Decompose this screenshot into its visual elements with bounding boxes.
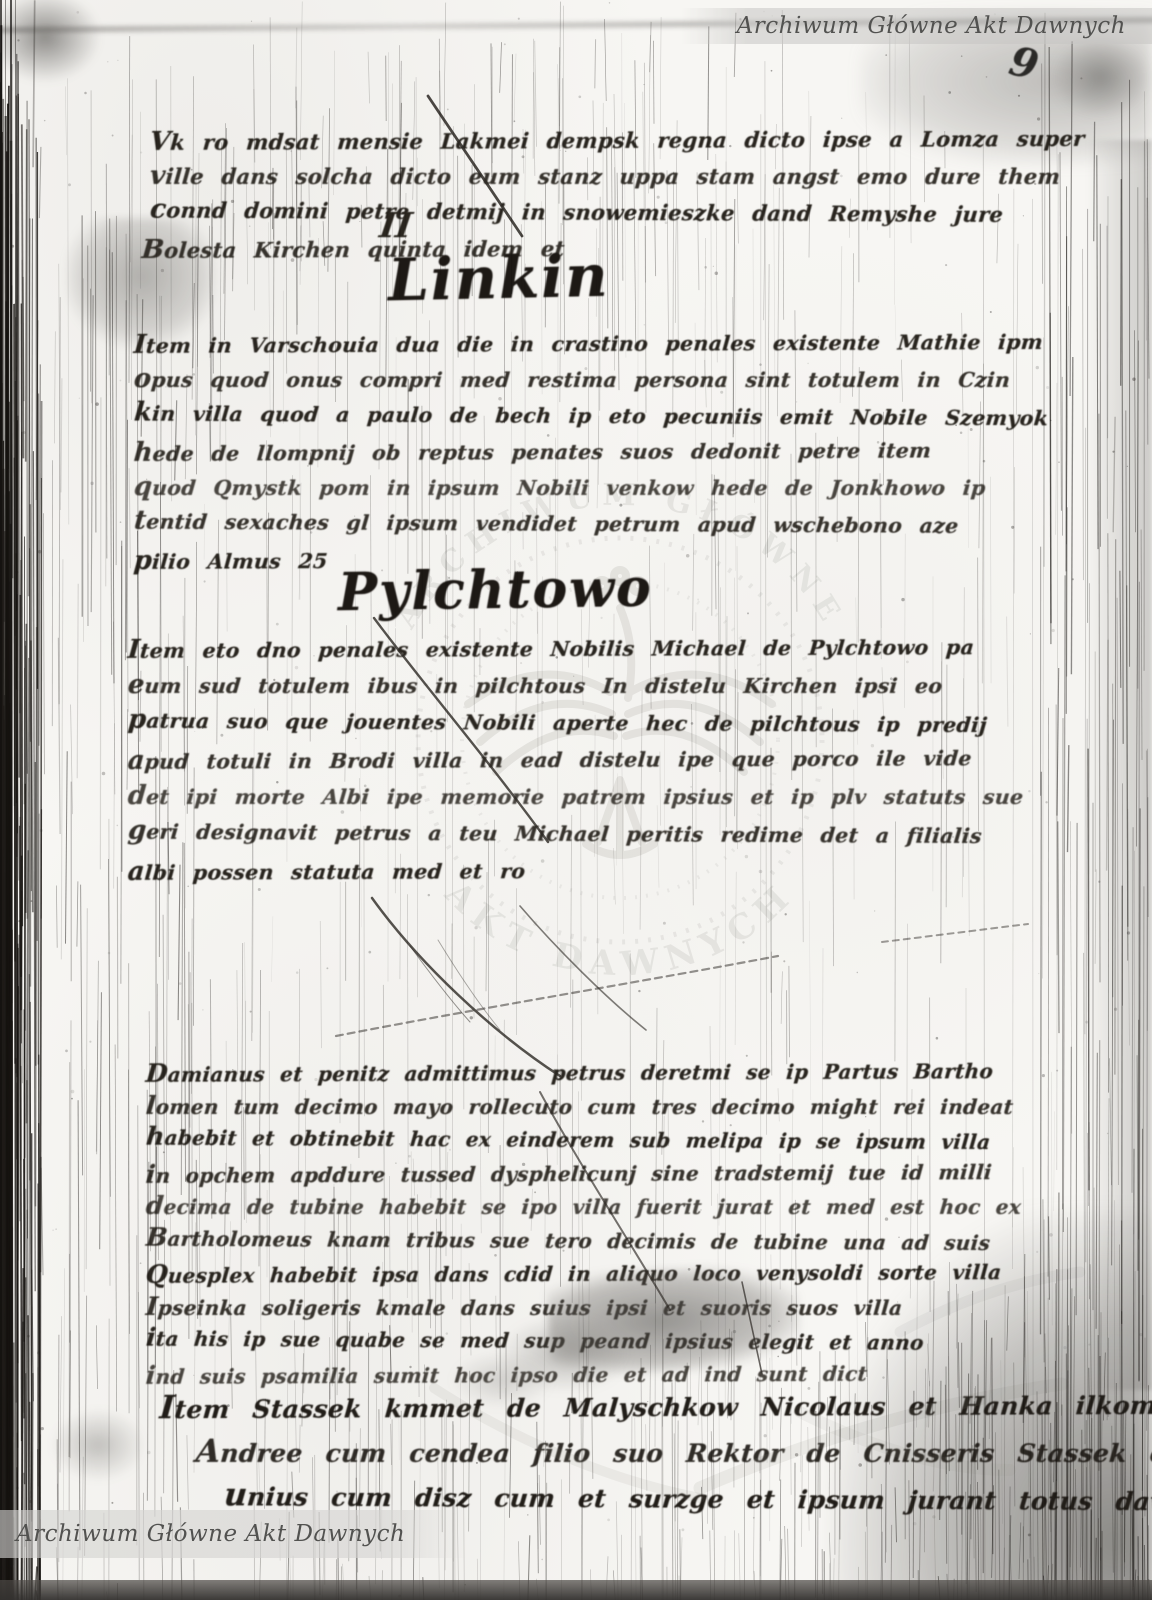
- manuscript-line: in opchem apddure tussed dysphelicunj si…: [144, 1155, 1022, 1192]
- manuscript-line: lomen tum decimo mayo rollecuto cum tres…: [145, 1090, 1023, 1124]
- scan-edge-left: [0, 0, 18, 1600]
- manuscript-paragraph-stassek: Item Stassek kmmet de Malyschkow Nicolau…: [160, 1384, 1152, 1522]
- section-heading-pylchtowo: Pylchtowo: [338, 558, 654, 623]
- archive-watermark-label-top: Archiwum Główne Akt Dawnych: [737, 13, 1152, 39]
- manuscript-line: tentid sexaches gl ipsum vendidet petrum…: [133, 504, 1050, 545]
- manuscript-line: ville dans solcha dicto eum stanz uppa s…: [148, 158, 1086, 194]
- manuscript-line: Vk ro mdsat mensie Lakmei dempsk regna d…: [148, 120, 1086, 160]
- manuscript-line: Bartholomeus knam tribus sue tero decimi…: [145, 1221, 1023, 1259]
- section-heading-linkin: Linkin: [387, 242, 610, 315]
- manuscript-line: unius cum disz cum et surzge et ipsum ju…: [222, 1473, 1152, 1524]
- stain-right-edge: [1086, 140, 1152, 1390]
- manuscript-line: Item in Varschouia dua die in crastino p…: [132, 324, 1050, 364]
- watermark-band-top: Archiwum Główne Akt Dawnych: [682, 8, 1152, 44]
- paper-top-edge-line: [0, 17, 1152, 33]
- manuscript-line: Andree cum cendea filio suo Rektor de Cn…: [194, 1430, 1152, 1476]
- manuscript-line: geri designavit petrus a teu Michael per…: [126, 813, 1025, 855]
- stain-top-right-dark: [1050, 34, 1152, 120]
- ink-smudge-tail: [452, 1352, 552, 1408]
- manuscript-line: habebit et obtinebit hac ex einderem sub…: [145, 1121, 1023, 1159]
- manuscript-line: albi possen statuta med et ro: [126, 850, 1025, 891]
- manuscript-line: Item Stassek kmmet de Malyschkow Nicolau…: [158, 1382, 1152, 1433]
- manuscript-line: Item eto dno penales existente Nobilis M…: [126, 628, 1025, 669]
- archive-watermark-label-bottom: Archiwum Główne Akt Dawnych: [0, 1521, 405, 1547]
- manuscript-page-scan: ARCHIWUM GŁÓWNE AKT DAWNYCH Vk ro mdsat …: [0, 0, 1152, 1600]
- manuscript-paragraph-linkin: Item in Varschouia dua die in crastino p…: [134, 326, 1049, 578]
- manuscript-line: decima de tubine habebit se ipo villa fu…: [145, 1190, 1023, 1224]
- manuscript-paragraph-pylchtowo: Item eto dno penales existente Nobilis M…: [128, 630, 1024, 889]
- manuscript-line: opus quod onus compri med restima person…: [132, 362, 1050, 398]
- manuscript-line: det ipi morte Albi ipe memorie patrem ip…: [126, 778, 1025, 815]
- manuscript-paragraph-1: Vk ro mdsat mensie Lakmei dempsk regna d…: [150, 122, 1084, 266]
- manuscript-line: eum sud totulem ibus in pilchtous In dis…: [126, 667, 1025, 704]
- stain-bottom-left: [50, 1408, 146, 1482]
- manuscript-line: patrua suo que jouentes Nobili aperte he…: [126, 702, 1025, 744]
- manuscript-line: Bolesta Kirchen quinta idem et: [140, 228, 1086, 268]
- page-number-mark: 9: [1005, 37, 1043, 89]
- manuscript-line: connd domini petre detmij in snowemieszk…: [149, 192, 1086, 233]
- insertion-mark: II: [377, 206, 414, 246]
- scan-edge-bottom: [0, 1580, 1152, 1600]
- seal-arc-bottom-text: AKT DAWNYCH: [436, 873, 803, 985]
- manuscript-line: hede de llompnij ob reptus penates suos …: [132, 432, 1050, 472]
- manuscript-line: kin villa quod a paulo de bech ip eto pe…: [133, 396, 1050, 437]
- manuscript-line: quod Qmystk pom in ipsum Nobili venkow h…: [132, 470, 1050, 506]
- manuscript-line: apud totuli in Brodi villa in ead distel…: [126, 739, 1025, 780]
- manuscript-line: Damianus et penitz admittimus petrus der…: [144, 1054, 1022, 1091]
